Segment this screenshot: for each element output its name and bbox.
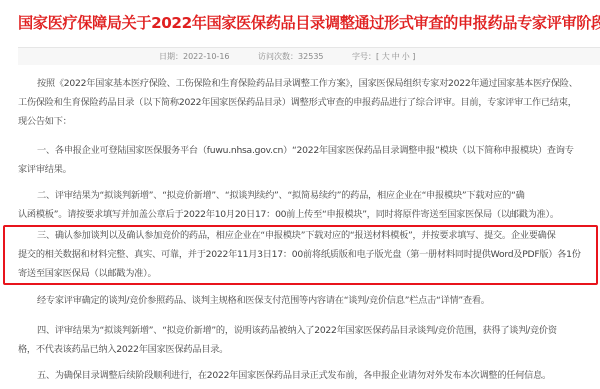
visits-value: 32535 [298, 52, 323, 61]
paragraph-item-1: 一、各申报企业可登陆国家医保服务平台（fuwu.nhsa.gov.cn）“202… [18, 141, 596, 179]
paragraph-note: 经专家评审确定的谈判/竞价参照药品、谈判主规格和医保支付范围等内容请在“谈判/竞… [18, 291, 596, 310]
paragraph-item-2: 二、评审结果为“拟谈判新增”、“拟竞价新增”、“拟谈判续约”、“拟简易续约”的药… [18, 186, 596, 224]
date-value: 2022-10-16 [183, 52, 230, 61]
paragraph-item-3: 三、确认参加谈判以及确认参加竞价的药品，相应企业在“申报模块”下载对应的“报送材… [18, 226, 596, 283]
date-label: 日期： [159, 52, 183, 61]
visits-label: 访问次数： [258, 52, 298, 61]
paragraph-item-4: 四、评审结果为“拟谈判新增”、“拟竞价新增”的，说明该药品被纳入了2022年国家… [18, 321, 596, 359]
font-size-label: 字号： [352, 52, 376, 61]
article-info-bar: 日期：2022-10-16 访问次数：32535 字号：[ 大中小 ] [18, 47, 600, 65]
paragraph-item-5: 五、为确保目录调整后续阶段顺利进行，在2022年国家医保药品目录正式发布前，各申… [18, 366, 596, 385]
font-size-large-link[interactable]: 大 [382, 52, 390, 61]
article-title: 国家医疗保障局关于2022年国家医保药品目录调整通过形式审查的申报药品专家评审阶… [18, 13, 598, 33]
visit-count: 访问次数：32535 [258, 52, 323, 61]
publish-date: 日期：2022-10-16 [159, 52, 230, 61]
paragraph-intro: 按照《2022年国家基本医疗保险、工伤保险和生育保险药品目录调整工作方案》，国家… [18, 74, 596, 131]
font-size-small-link[interactable]: 小 [402, 52, 410, 61]
font-size-control: 字号：[ 大中小 ] [352, 52, 415, 61]
font-size-medium-link[interactable]: 中 [392, 52, 400, 61]
